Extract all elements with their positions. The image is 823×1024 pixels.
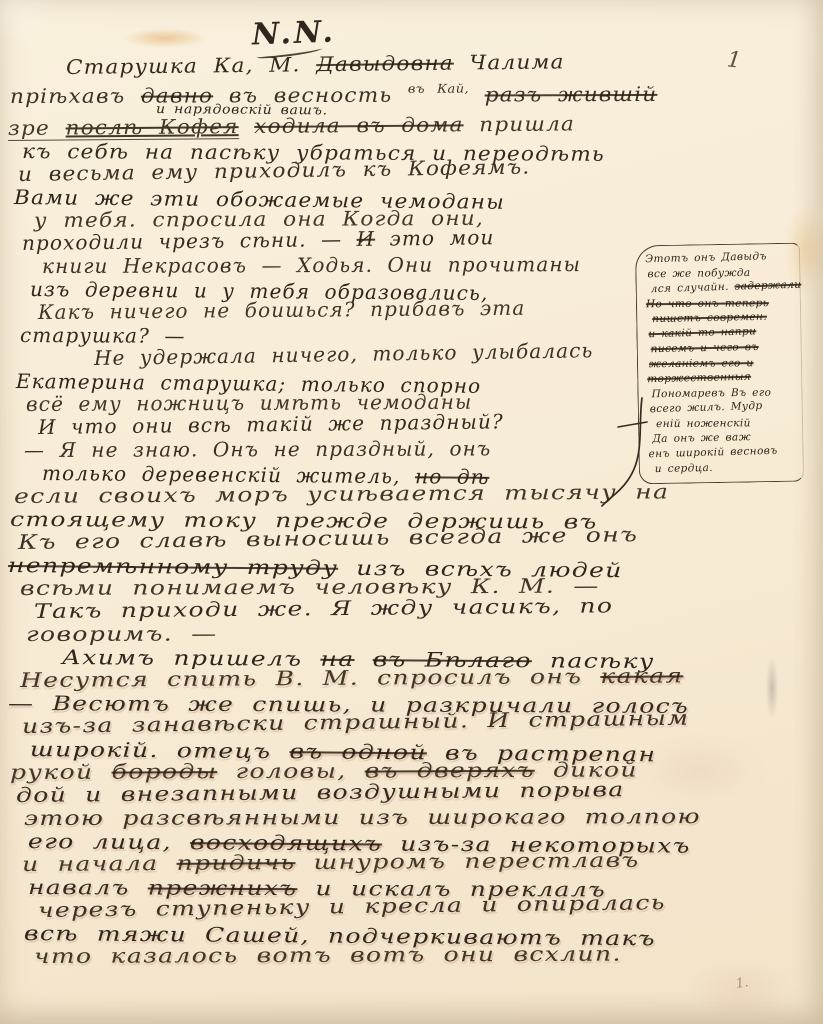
struck-text: разъ жившій <box>485 82 658 107</box>
handwritten-text: и сердца. <box>655 462 713 475</box>
struck-text: желаніемъ его и <box>649 357 754 370</box>
handwritten-text: Чалима <box>454 49 565 74</box>
struck-text: Давыдовна <box>316 51 454 77</box>
handwritten-text: все же побужда <box>647 267 750 280</box>
handwritten-text: И что они всѣ такій же праздный? <box>38 409 504 439</box>
handwritten-text <box>469 82 485 106</box>
struck-text: бороды <box>111 759 217 783</box>
handwritten-text: Несутся спить В. М. спросилъ онъ <box>20 664 601 692</box>
margin-note-line: лся случайн. задержали <box>650 278 795 297</box>
margin-note-line: и сердца. <box>655 459 799 477</box>
struck-text: задержали <box>734 279 801 293</box>
struck-text: пишетъ современ. <box>652 311 767 325</box>
handwritten-text <box>238 114 254 138</box>
manuscript-line: Старушка Ка, М. Давыдовна Чалима <box>66 47 823 79</box>
handwritten-text: пришла <box>463 111 575 136</box>
manuscript-line: пріѣхавъ давно въ весность въ Кай, разъ … <box>10 76 823 102</box>
struck-text: торжественныя <box>647 371 751 386</box>
handwritten-text: въ Кай, <box>408 82 469 96</box>
margin-note-line: торжественныя <box>647 369 797 388</box>
manuscript-page: N.N. Старушка Ка, М. Давыдовна Чалимапрі… <box>0 0 823 1024</box>
manuscript-text-block: Старушка Ка, М. Давыдовна Чалимапріѣхавъ… <box>8 56 808 968</box>
manuscript-line: этою разсвѣянными изъ широкаго толпою <box>24 804 823 830</box>
handwritten-text: говоримъ. — <box>26 621 218 646</box>
handwritten-text: всего жилъ. Мудр <box>650 400 763 415</box>
handwritten-text: если своихъ моръ усиѣвается тысячу на <box>14 479 670 508</box>
handwritten-text: лся случайн. <box>651 281 735 296</box>
handwritten-text: Этотъ онъ Давыдъ <box>645 250 767 265</box>
page-number-bottom-right: 1. <box>735 975 749 992</box>
handwritten-text: пріѣхавъ <box>10 84 141 108</box>
handwritten-text: Да онъ же важ <box>652 431 751 445</box>
handwritten-text: навалъ <box>28 875 148 900</box>
insertion-mark-icon <box>598 396 650 510</box>
handwritten-text: это мои <box>375 225 495 250</box>
struck-text: Но что онъ теперь <box>646 297 769 310</box>
handwritten-text: енъ широкій весновъ <box>648 445 777 461</box>
struck-text: и какій то напри <box>648 325 756 340</box>
handwritten-text: проходили чрезъ сѣни. — <box>22 227 357 255</box>
struck-text: придичь <box>176 850 295 875</box>
handwritten-text: этою разсвѣянными изъ широкаго толпою <box>24 804 701 830</box>
handwritten-text: и начала <box>22 851 177 876</box>
handwritten-text: — Я не знаю. Онъ не праздный, онъ <box>24 436 491 462</box>
handwritten-text: Старушка Ка, М. <box>66 52 317 79</box>
handwritten-text: книги Некрасовъ — Ходья. Они прочитаны <box>42 252 581 278</box>
manuscript-line: что казалось вотъ вотъ они всхлип. <box>34 941 823 968</box>
handwritten-text: рукой <box>10 760 112 784</box>
handwritten-text: Такъ приходи же. Я жду часикъ, по <box>34 593 614 623</box>
struck-text: какая <box>600 663 683 688</box>
margin-note-line: писемъ и чего въ <box>651 339 797 357</box>
handwritten-text: дой и внезапными воздушными порыва <box>16 777 625 807</box>
struck-text: ходила въ дома <box>254 112 464 138</box>
margin-note: Этотъ онъ Давыдъвсе же побуждался случай… <box>635 243 804 485</box>
handwritten-text: что казалось вотъ вотъ они всхлип. <box>34 942 622 968</box>
handwritten-text: шнуромъ перестлавъ <box>295 848 639 874</box>
struck-text: писемъ и чего въ <box>651 341 759 355</box>
manuscript-line: Несутся спить В. М. спросилъ онъ какая <box>20 662 823 692</box>
margin-note-line: всего жилъ. Мудр <box>650 398 798 417</box>
margin-note-line: Этотъ онъ Давыдъ <box>645 249 795 268</box>
manuscript-line: и начала придичь шнуромъ перестлавъ <box>22 846 823 876</box>
struck-text: послѣ Кофея <box>65 114 238 140</box>
manuscript-line: зре послѣ Кофея ходила въ дома пришла <box>8 110 823 140</box>
handwritten-text: еній ноженскій <box>656 417 751 430</box>
manuscript-line: говоримъ. — <box>26 620 823 646</box>
handwritten-text: зре <box>8 116 66 141</box>
struck-text: И <box>356 227 375 251</box>
handwritten-text: Какъ ничего не боишься? прибавъ эта <box>38 296 526 324</box>
